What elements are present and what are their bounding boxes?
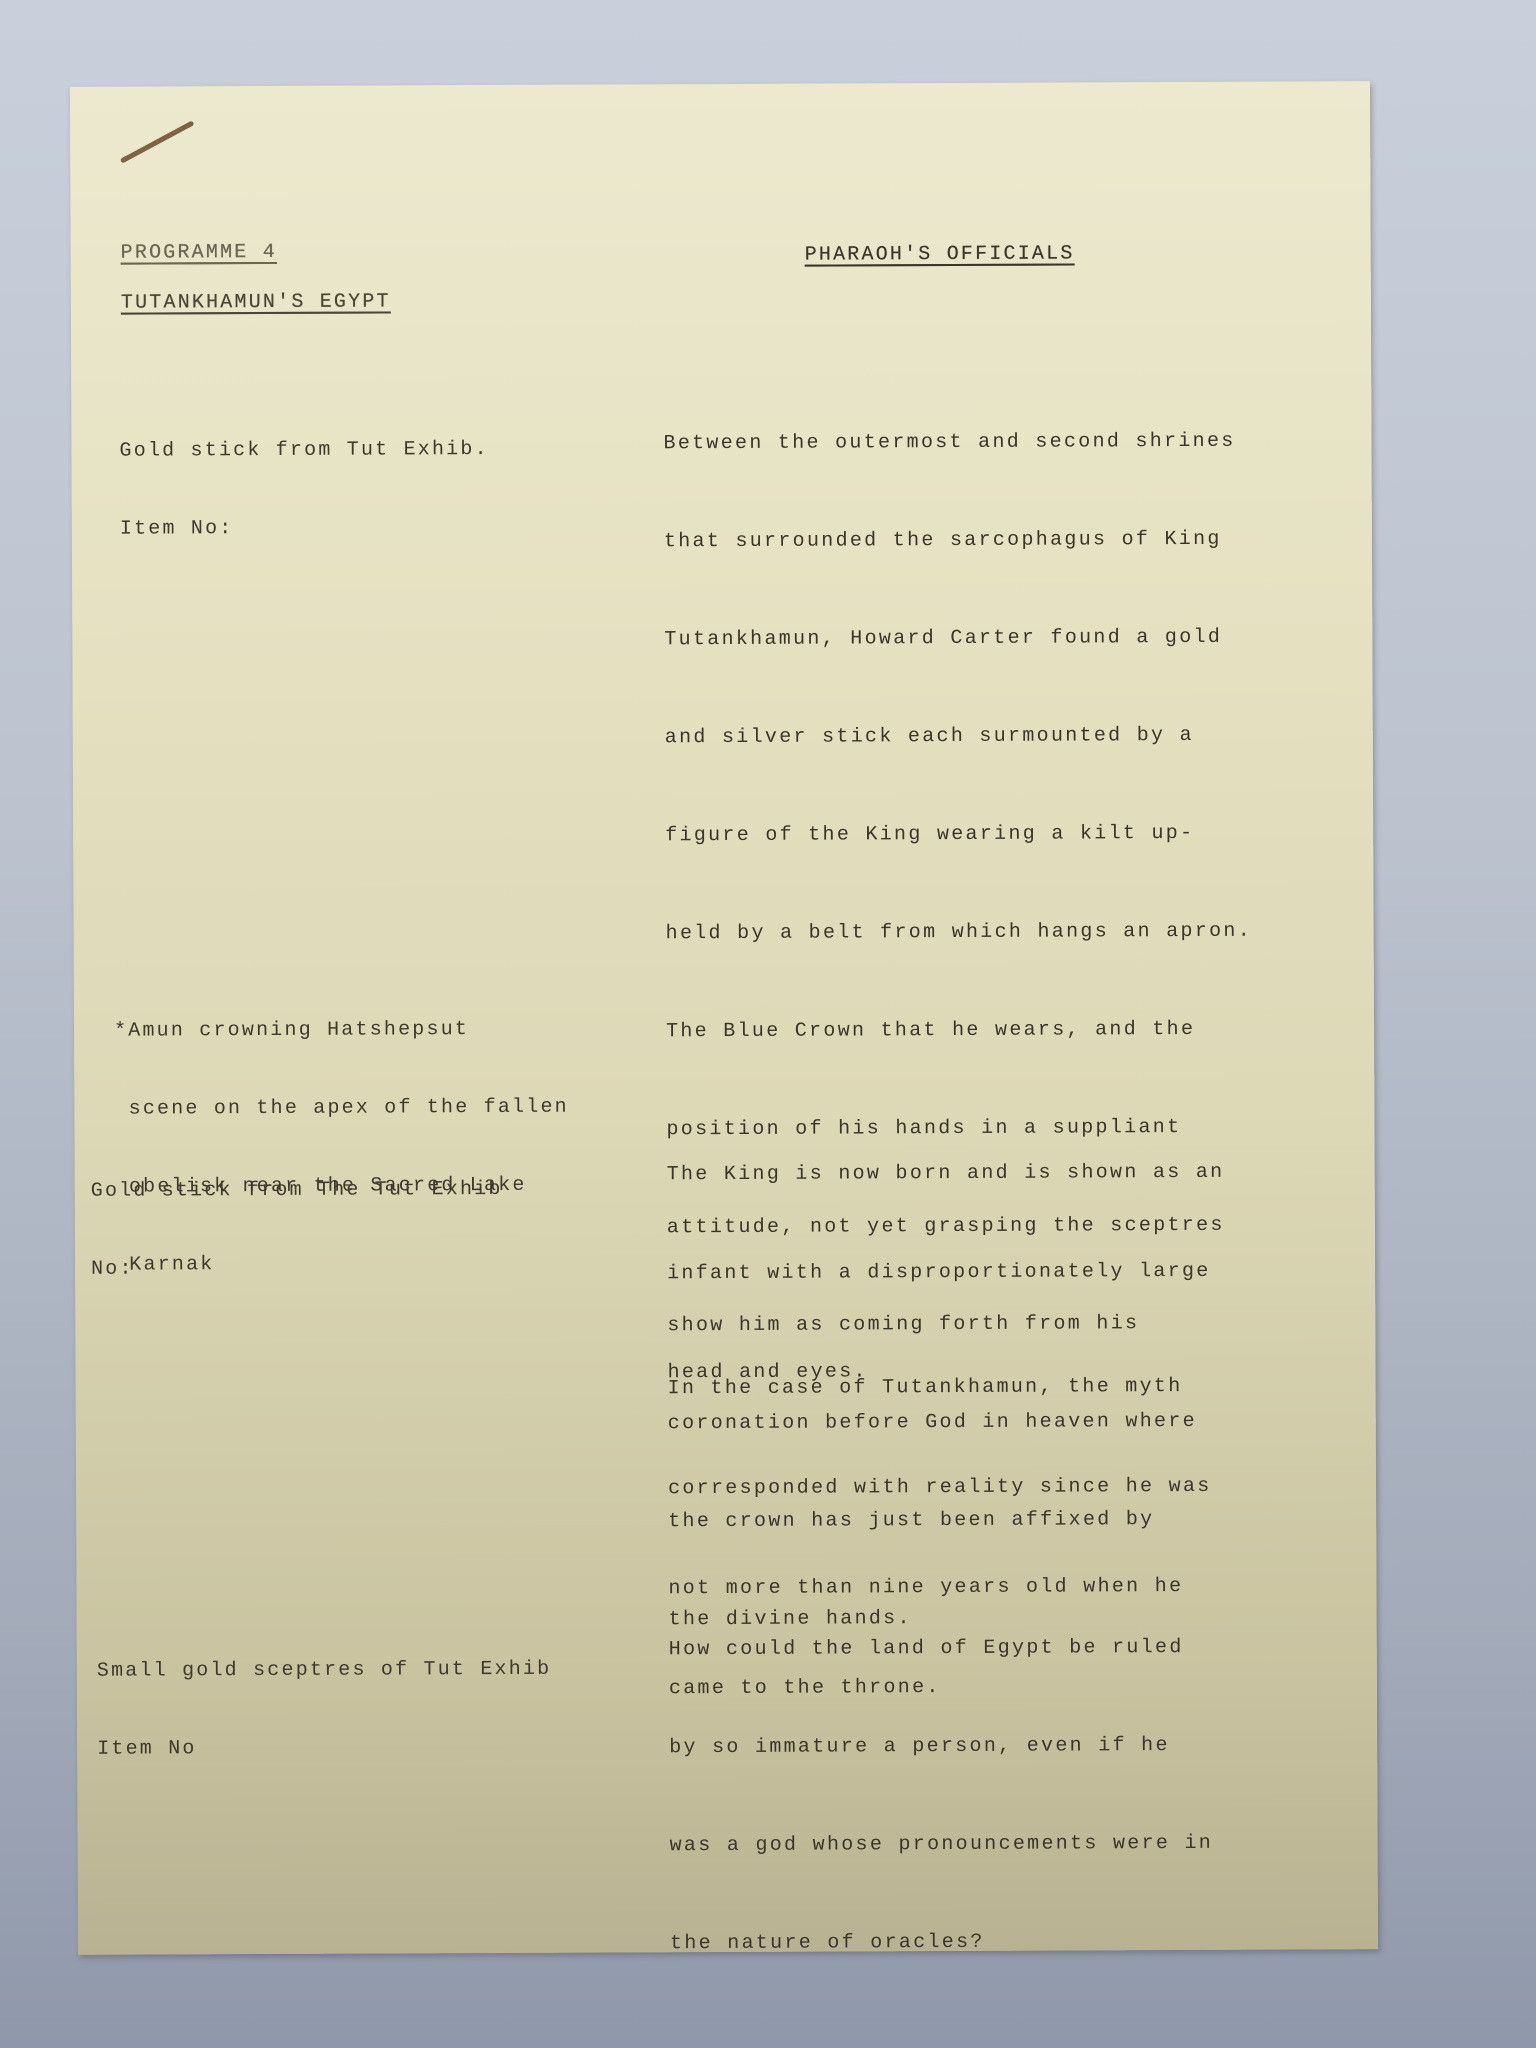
episode-title: PHARAOH'S OFFICIALS: [805, 242, 1075, 266]
narration-paragraph: How could the land of Egypt be ruled by …: [668, 1576, 1213, 2016]
visual-cue: Gold stick from Tut Exhib. Item No:: [119, 385, 489, 595]
visual-cue: Small gold sceptres of Tut Exhib Item No: [97, 1605, 552, 1815]
typewritten-page: PROGRAMME 4 TUTANKHAMUN'S EGYPT PHARAOH'…: [70, 81, 1378, 1955]
pencil-tick-mark: [120, 120, 195, 163]
programme-number: PROGRAMME 4: [121, 241, 277, 265]
series-title: TUTANKHAMUN'S EGYPT: [121, 290, 391, 314]
visual-cue: Gold stick from The Tut Exhib No:: [90, 1125, 503, 1335]
